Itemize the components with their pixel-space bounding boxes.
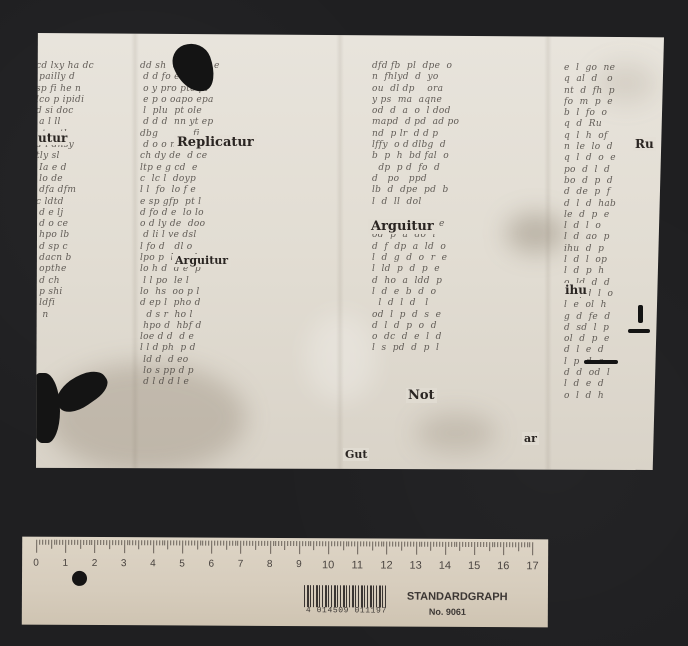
ruler-tick	[325, 541, 326, 546]
ruler-tick	[206, 541, 207, 546]
ruler-tick	[442, 542, 443, 547]
ruler-tick	[171, 540, 172, 545]
ruler-tick	[127, 540, 128, 545]
ruler-tick	[457, 542, 458, 547]
ruler-tick	[524, 542, 525, 547]
ruler-tick	[135, 540, 136, 545]
ruler-tick	[433, 542, 434, 547]
fold-line	[336, 33, 344, 470]
ruler-tick	[483, 542, 484, 547]
ruler-tick	[430, 542, 431, 551]
ruler-tick	[57, 540, 58, 545]
ruler-tick	[197, 541, 198, 550]
ruler-tick	[276, 541, 277, 546]
ruler-tick	[153, 540, 154, 553]
ruler-tick	[273, 541, 274, 546]
ruler-tick	[392, 542, 393, 547]
ruler-brand: STANDARDGRAPH	[407, 591, 508, 604]
ruler-tick	[80, 540, 81, 549]
ruler-tick	[147, 540, 148, 545]
ruler-tick	[436, 542, 437, 547]
ruler-tick-label: 11	[352, 559, 363, 571]
ruler-tick	[518, 542, 519, 551]
ruler-tick	[77, 540, 78, 545]
ruler-tick	[492, 542, 493, 547]
ruler-tick	[124, 540, 125, 553]
ruler-tick	[238, 541, 239, 546]
ruler-tick	[527, 542, 528, 547]
ruler-tick	[279, 541, 280, 546]
ruler-tick	[159, 540, 160, 545]
ruler-tick	[62, 540, 63, 545]
ruler-tick	[445, 542, 446, 555]
ruler-tick	[71, 540, 72, 545]
ruler-model: No. 9061	[429, 607, 466, 617]
ruler-tick-label: 6	[208, 559, 214, 570]
ruler-tick	[194, 541, 195, 546]
ruler-tick	[121, 540, 122, 545]
ruler-tick	[241, 541, 242, 554]
ruler-tick-label: 4	[150, 558, 156, 569]
ruler-tick	[369, 541, 370, 546]
ink-blot	[584, 360, 618, 364]
ruler-tick	[352, 541, 353, 546]
ruler-tick	[98, 540, 99, 545]
ruler-tick	[185, 540, 186, 545]
ruler-tick	[427, 542, 428, 547]
ruler-tick	[226, 541, 227, 550]
ruler-tick	[471, 542, 472, 547]
ruler-tick	[448, 542, 449, 547]
ruler-tick	[281, 541, 282, 546]
ruler-tick	[308, 541, 309, 546]
ruler-tick	[156, 540, 157, 545]
ruler-tick	[130, 540, 131, 545]
ruler-tick	[299, 541, 300, 554]
manuscript-fragment: cd lxy ha dc pailly d sp fi he n lco p i…	[36, 33, 664, 470]
ruler-tick	[410, 542, 411, 547]
ruler-tick	[533, 542, 534, 555]
rubric-replicatur: Replicatur	[174, 135, 257, 150]
ruler-tick	[381, 542, 382, 547]
ruler-tick-label: 9	[296, 559, 302, 570]
ruler-tick	[229, 541, 230, 546]
ruler-tick	[500, 542, 501, 547]
rubric-right-top: Ru	[633, 137, 656, 151]
ruler-tick	[389, 542, 390, 547]
ruler-tick	[48, 540, 49, 545]
ruler-tick	[468, 542, 469, 547]
ink-blot	[628, 329, 650, 333]
ruler-tick	[474, 542, 475, 555]
ruler-tick	[302, 541, 303, 546]
ruler-tick	[512, 542, 513, 547]
ruler-tick	[422, 542, 423, 547]
ruler-tick	[305, 541, 306, 546]
ruler-tick	[293, 541, 294, 546]
ruler-tick	[498, 542, 499, 547]
ruler-tick	[54, 540, 55, 545]
ruler-tick-label: 1	[62, 558, 68, 569]
ruler-tick	[413, 542, 414, 547]
ruler-tick-label: 7	[238, 559, 244, 570]
rubric-right-mid: ihu	[563, 283, 589, 297]
ruler-tick	[366, 541, 367, 546]
ruler-tick	[244, 541, 245, 546]
ruler-tick	[150, 540, 151, 545]
ruler-tick	[168, 540, 169, 549]
ruler-tick	[89, 540, 90, 545]
ruler-tick	[203, 541, 204, 546]
ruler-tick	[112, 540, 113, 545]
ruler-tick	[407, 542, 408, 547]
ruler-tick-label: 5	[179, 558, 185, 569]
ruler-tick	[235, 541, 236, 546]
ruler-tick	[372, 541, 373, 550]
ruler-tick	[395, 542, 396, 547]
ruler-tick	[261, 541, 262, 546]
ruler-tick	[138, 540, 139, 549]
ruler-tick	[337, 541, 338, 546]
ruler-tick	[51, 540, 52, 549]
ruler-tick	[246, 541, 247, 546]
ruler-tick-label: 0	[33, 558, 39, 569]
ruler-tick	[346, 541, 347, 546]
ruler-tick	[176, 540, 177, 545]
ruler-tick-label: 8	[267, 559, 273, 570]
ruler-tick-label: 17	[526, 560, 538, 572]
ruler-tick-label: 16	[497, 560, 509, 572]
ruler-tick	[208, 541, 209, 546]
ruler-tick	[220, 541, 221, 546]
rubric-ar: ar	[522, 432, 539, 445]
ruler-tick	[223, 541, 224, 546]
ruler-tick	[74, 540, 75, 545]
ruler-tick	[39, 540, 40, 545]
ruler-tick	[454, 542, 455, 547]
ruler-tick	[357, 541, 358, 554]
rubric-arguitur-center: Arguitur	[368, 219, 437, 234]
ruler-tick	[451, 542, 452, 547]
ruler-tick-label: 3	[121, 558, 127, 569]
ruler-hole	[72, 571, 87, 586]
ruler-tick	[340, 541, 341, 546]
ruler-tick	[401, 542, 402, 551]
ruler-tick	[284, 541, 285, 550]
ruler-tick	[331, 541, 332, 546]
ruler-tick	[252, 541, 253, 546]
ruler-tick	[92, 540, 93, 545]
ruler-tick	[287, 541, 288, 546]
ruler-tick	[60, 540, 61, 545]
ruler-tick	[191, 541, 192, 546]
ruler-tick	[328, 541, 329, 554]
ruler-tick	[460, 542, 461, 551]
ruler-tick	[384, 542, 385, 547]
ruler-tick	[530, 542, 531, 547]
ruler-tick	[103, 540, 104, 545]
ruler-tick	[404, 542, 405, 547]
ruler-tick	[290, 541, 291, 546]
ruler-tick	[319, 541, 320, 546]
ruler-tick	[378, 541, 379, 546]
fold-line	[131, 33, 139, 470]
ruler-tick	[162, 540, 163, 545]
ruler-tick	[211, 541, 212, 554]
ruler-tick	[182, 540, 183, 553]
barcode-number: 4 014509 011197	[306, 606, 387, 615]
ruler-tick	[503, 542, 504, 555]
ruler-tick	[314, 541, 315, 550]
fold-line	[544, 33, 552, 470]
ruler-tick	[398, 542, 399, 547]
ruler-tick	[217, 541, 218, 546]
ruler-tick	[68, 540, 69, 545]
ruler-tick	[214, 541, 215, 546]
ruler-tick	[387, 542, 388, 555]
ruler-tick	[144, 540, 145, 545]
ruler-tick	[45, 540, 46, 545]
ruler-tick	[509, 542, 510, 547]
ruler-tick	[179, 540, 180, 545]
ruler-tick-label: 13	[410, 560, 422, 572]
ruler-tick	[416, 542, 417, 555]
ruler-tick	[317, 541, 318, 546]
ruler-tick-label: 10	[322, 559, 334, 571]
ruler-tick	[480, 542, 481, 547]
ruler-tick	[354, 541, 355, 546]
text-column-4: e l go ne q al d o nt d fh p fo m p e b …	[564, 63, 664, 470]
ruler-tick	[419, 542, 420, 547]
ruler-tick	[311, 541, 312, 546]
ruler-tick	[349, 541, 350, 546]
ruler-tick	[465, 542, 466, 547]
ruler-tick	[255, 541, 256, 550]
ruler-tick	[86, 540, 87, 545]
rubric-arguitur-left: Arguitur	[172, 254, 231, 267]
ruler-tick-label: 12	[380, 559, 392, 571]
ruler-tick	[118, 540, 119, 545]
ruler-tick	[425, 542, 426, 547]
ruler-tick	[36, 540, 37, 553]
barcode	[304, 585, 388, 607]
ruler-tick	[232, 541, 233, 546]
ruler-tick	[462, 542, 463, 547]
ruler-tick	[495, 542, 496, 547]
ruler-tick	[264, 541, 265, 546]
ruler-tick	[267, 541, 268, 546]
ruler-tick	[115, 540, 116, 545]
ruler-tick	[296, 541, 297, 546]
ruler-tick	[249, 541, 250, 546]
ruler-tick	[334, 541, 335, 546]
ruler-tick	[109, 540, 110, 549]
ruler-tick	[521, 542, 522, 547]
ruler-tick	[375, 541, 376, 546]
ruler-tick	[188, 540, 189, 545]
ink-blot	[638, 305, 643, 323]
ruler-tick	[173, 540, 174, 545]
ruler-tick	[477, 542, 478, 547]
ruler-tick	[95, 540, 96, 553]
ruler-tick-label: 2	[92, 558, 98, 569]
rubric-bottom: Gut	[343, 448, 369, 461]
rubric-left-margin: utur	[36, 131, 69, 145]
ruler-tick	[65, 540, 66, 553]
text-column-3: dfd fb pl dpe o n fhlyd d yo ou dl dp or…	[372, 61, 542, 470]
ruler-tick	[439, 542, 440, 547]
ruler-tick	[506, 542, 507, 547]
ruler-tick	[100, 540, 101, 545]
ruler-tick-label: 14	[439, 560, 451, 572]
ruler-tick	[489, 542, 490, 551]
ruler-tick	[83, 540, 84, 545]
ruler-tick	[141, 540, 142, 545]
ruler-tick	[343, 541, 344, 550]
ruler-tick	[486, 542, 487, 547]
ruler-tick	[270, 541, 271, 554]
ruler-tick	[133, 540, 134, 545]
measuring-ruler: 4 014509 011197 STANDARDGRAPH No. 9061 0…	[22, 537, 548, 628]
ruler-tick-label: 15	[468, 560, 480, 572]
ruler-tick	[322, 541, 323, 546]
ruler-tick	[200, 541, 201, 546]
ruler-tick	[42, 540, 43, 545]
rubric-notandum: Not	[406, 388, 437, 403]
ruler-tick	[360, 541, 361, 546]
ruler-tick	[515, 542, 516, 547]
ruler-tick	[363, 541, 364, 546]
ruler-tick	[106, 540, 107, 545]
ruler-tick	[258, 541, 259, 546]
ruler-tick	[165, 540, 166, 545]
